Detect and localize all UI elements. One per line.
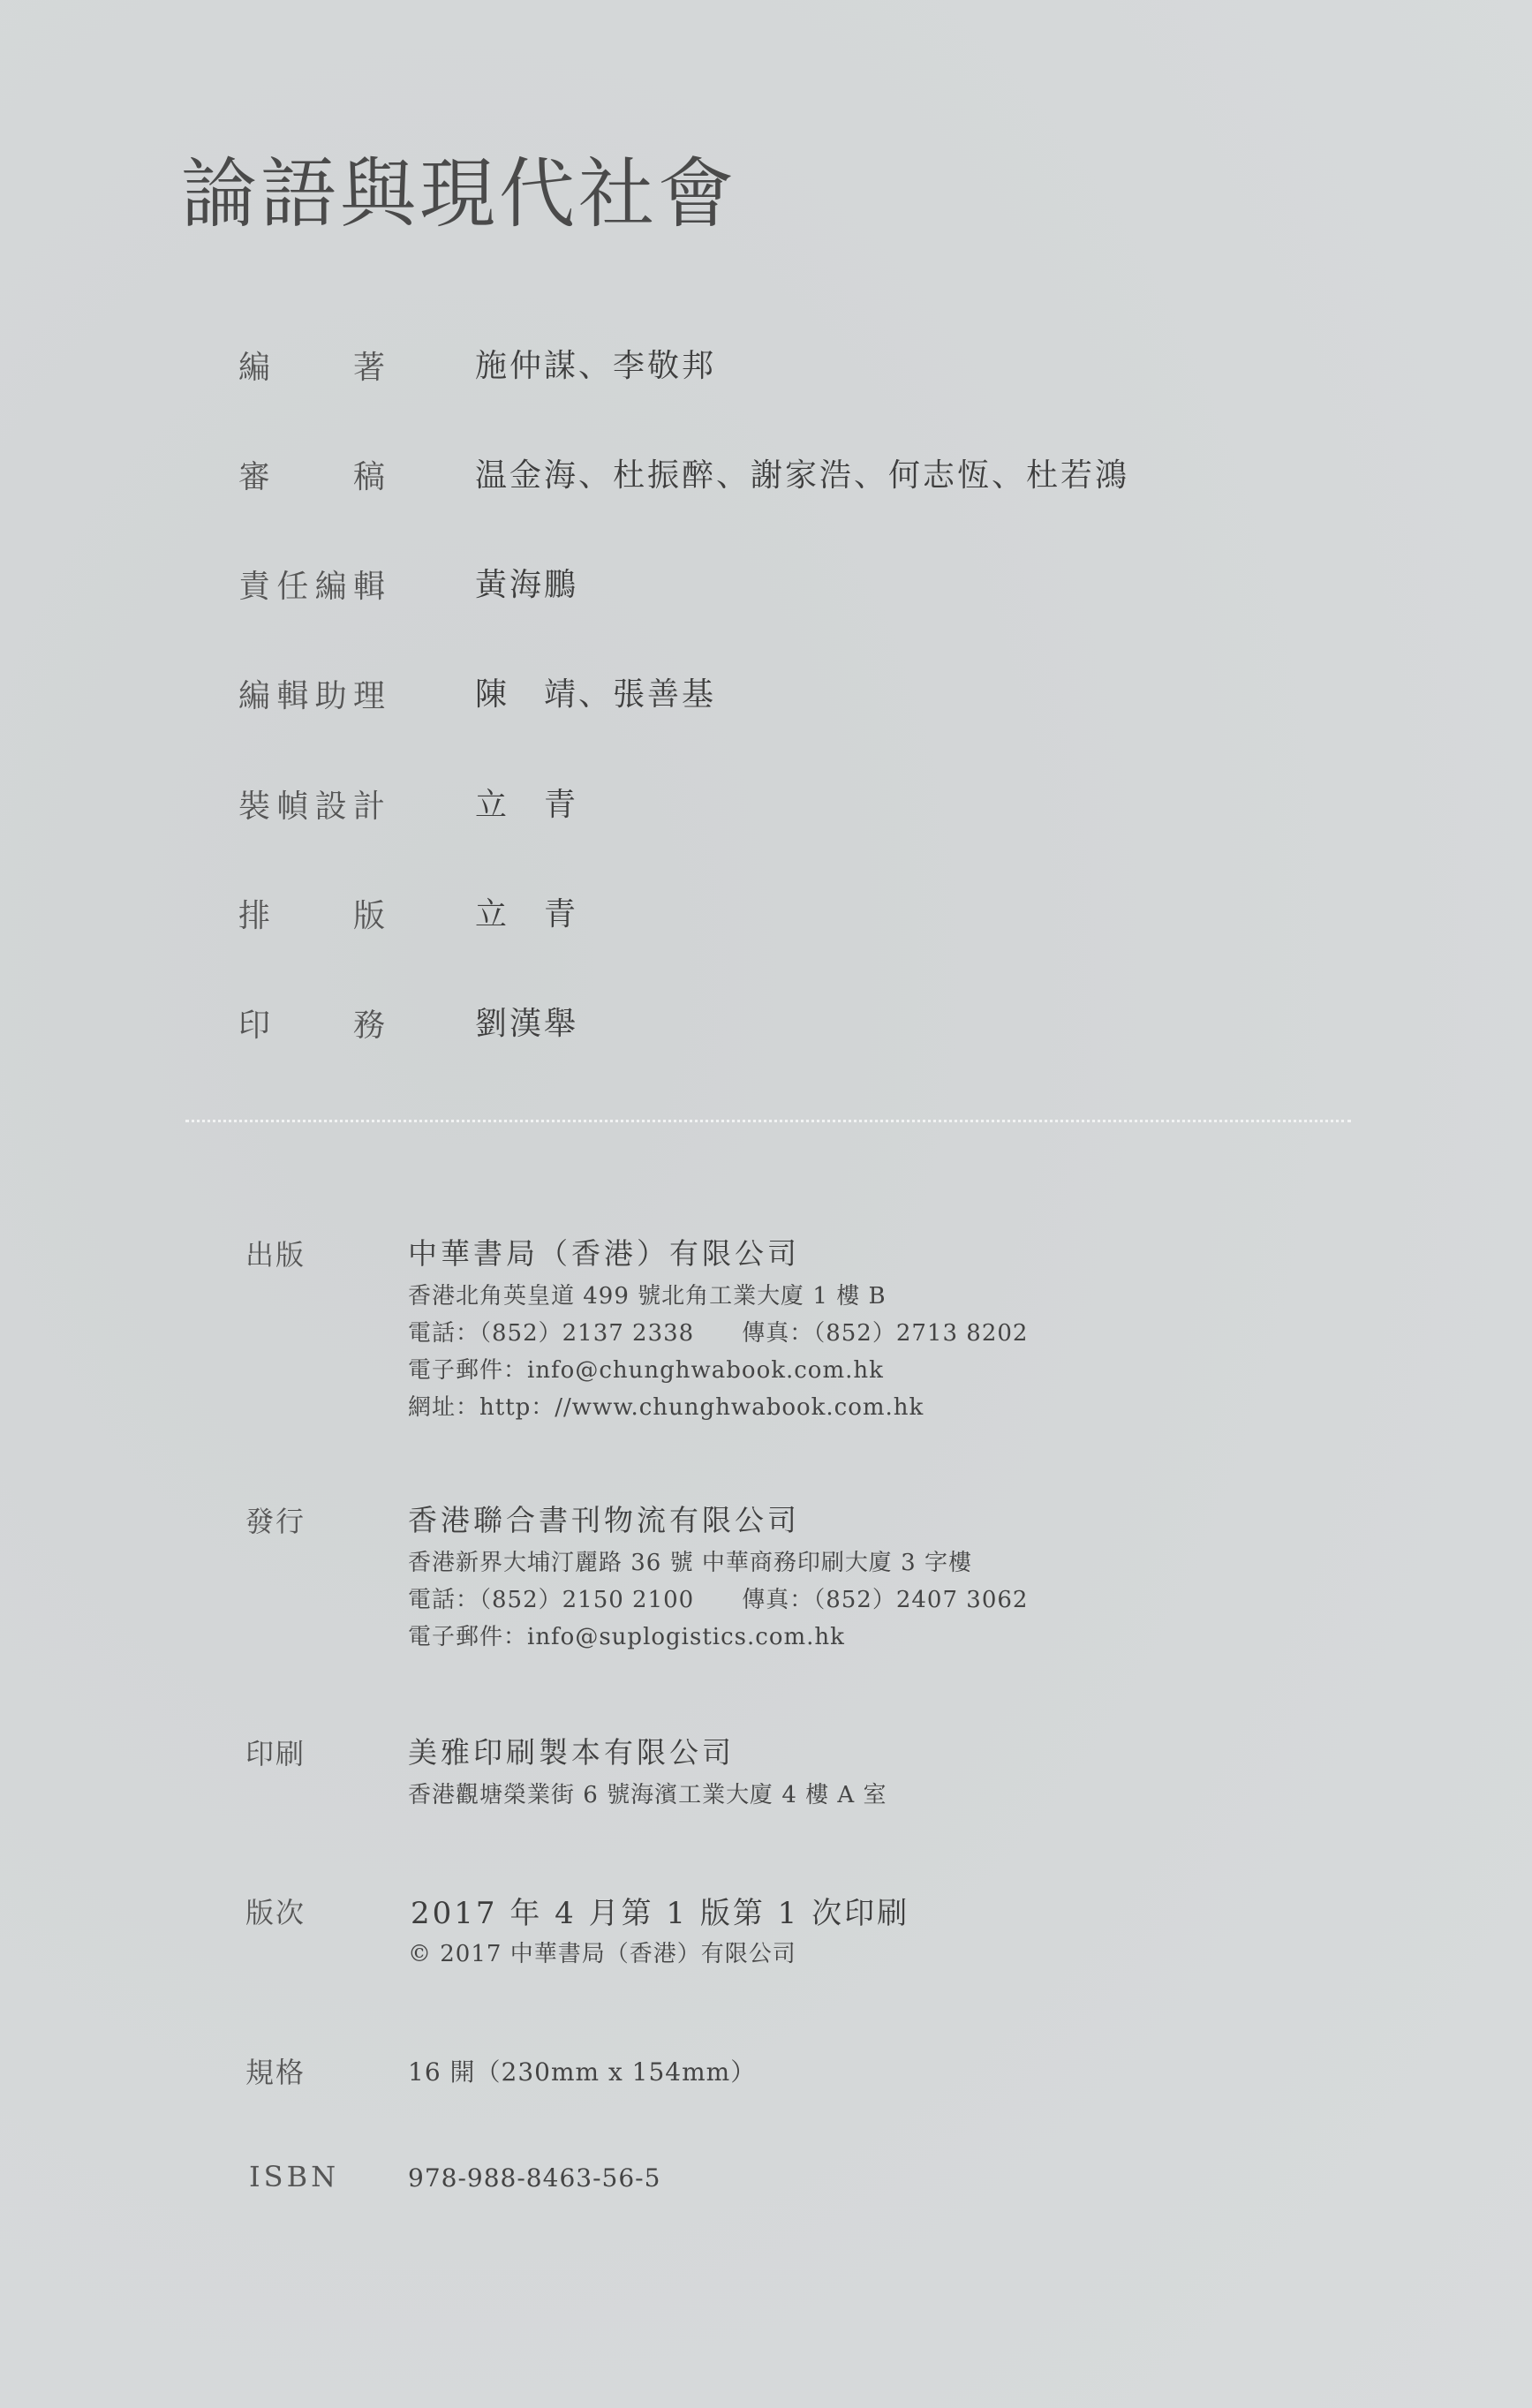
label-char: 計	[353, 781, 385, 827]
credit-value-typesetting: 立 青	[475, 889, 578, 934]
credit-value-editor: 黃海鵬	[475, 560, 578, 605]
publisher-website: 網址：http：//www.chunghwabook.com.hk	[408, 1389, 924, 1422]
label-char: 輯	[276, 671, 308, 716]
isbn-label: ISBN	[249, 2160, 339, 2193]
distributor-name: 香港聯合書刊物流有限公司	[408, 1498, 800, 1539]
credit-label-editorial-assistant: 編 輯 助 理	[238, 671, 385, 716]
label-char: 著	[353, 343, 385, 388]
label-char: 助	[315, 671, 347, 716]
dotted-divider	[185, 1120, 1351, 1122]
distributor-email: 電子郵件：info@suplogistics.com.hk	[408, 1619, 845, 1651]
copyright-text: © 2017 中華書局（香港）有限公司	[408, 1936, 796, 1968]
distributor-phone-fax: 電話：（852）2150 2100 傳真：（852）2407 3062	[408, 1581, 1028, 1614]
label-char: 編	[315, 562, 347, 607]
edition-text: 2017 年 4 月第 1 版第 1 次印刷	[411, 1889, 909, 1932]
label-char: 印	[238, 1000, 270, 1045]
book-title: 論語與現代社會	[181, 132, 737, 242]
credit-value-print-affairs: 劉漢舉	[475, 999, 578, 1044]
label-char: 審	[238, 452, 270, 497]
credit-value-editorial-assistant: 陳 靖、張善基	[475, 669, 716, 714]
printer-name: 美雅印刷製本有限公司	[408, 1730, 735, 1771]
label-char: 編	[238, 671, 270, 716]
label-char: 幀	[276, 781, 308, 827]
publisher-label: 出版	[245, 1233, 306, 1273]
label-char: 務	[353, 1000, 385, 1045]
printer-label: 印刷	[245, 1732, 306, 1772]
label-char: 任	[276, 562, 308, 607]
format-text: 16 開（230mm x 154mm）	[408, 2053, 756, 2088]
distributor-address: 香港新界大埔汀麗路 36 號 中華商務印刷大廈 3 字樓	[408, 1544, 972, 1577]
label-char: 版	[353, 891, 385, 936]
publisher-address: 香港北角英皇道 499 號北角工業大廈 1 樓 B	[408, 1278, 887, 1310]
label-char: 輯	[353, 562, 385, 607]
credit-label-editor: 責 任 編 輯	[238, 562, 385, 607]
printer-address: 香港觀塘榮業街 6 號海濱工業大廈 4 樓 A 室	[408, 1777, 887, 1809]
label-char: 設	[315, 781, 347, 827]
format-label: 規格	[245, 2050, 306, 2091]
credit-label-print-affairs: 印 務	[238, 1000, 385, 1045]
label-char: 稿	[353, 452, 385, 497]
credit-value-cover-design: 立 青	[475, 780, 578, 825]
publisher-phone-fax: 電話：（852）2137 2338 傳真：（852）2713 8202	[408, 1315, 1028, 1347]
publisher-name: 中華書局（香港）有限公司	[408, 1231, 800, 1272]
distributor-label: 發行	[245, 1499, 306, 1540]
credit-label-typesetting: 排 版	[238, 891, 385, 936]
label-char: 編	[238, 343, 270, 388]
label-char: 排	[238, 891, 270, 936]
label-char: 裝	[238, 781, 270, 827]
credit-label-cover-design: 裝 幀 設 計	[238, 781, 385, 827]
edition-label: 版次	[245, 1891, 306, 1931]
credit-value-author: 施仲謀、李敬邦	[475, 341, 716, 386]
label-char: 理	[353, 671, 385, 716]
publisher-email: 電子郵件：info@chunghwabook.com.hk	[408, 1352, 884, 1385]
credit-value-reviewers: 温金海、杜振醉、謝家浩、何志恆、杜若鴻	[475, 450, 1129, 495]
credit-label-reviewers: 審 稿	[238, 452, 385, 497]
credit-label-author: 編 著	[238, 343, 385, 388]
label-char: 責	[238, 562, 270, 607]
isbn-number: 978-988-8463-56-5	[408, 2163, 660, 2193]
